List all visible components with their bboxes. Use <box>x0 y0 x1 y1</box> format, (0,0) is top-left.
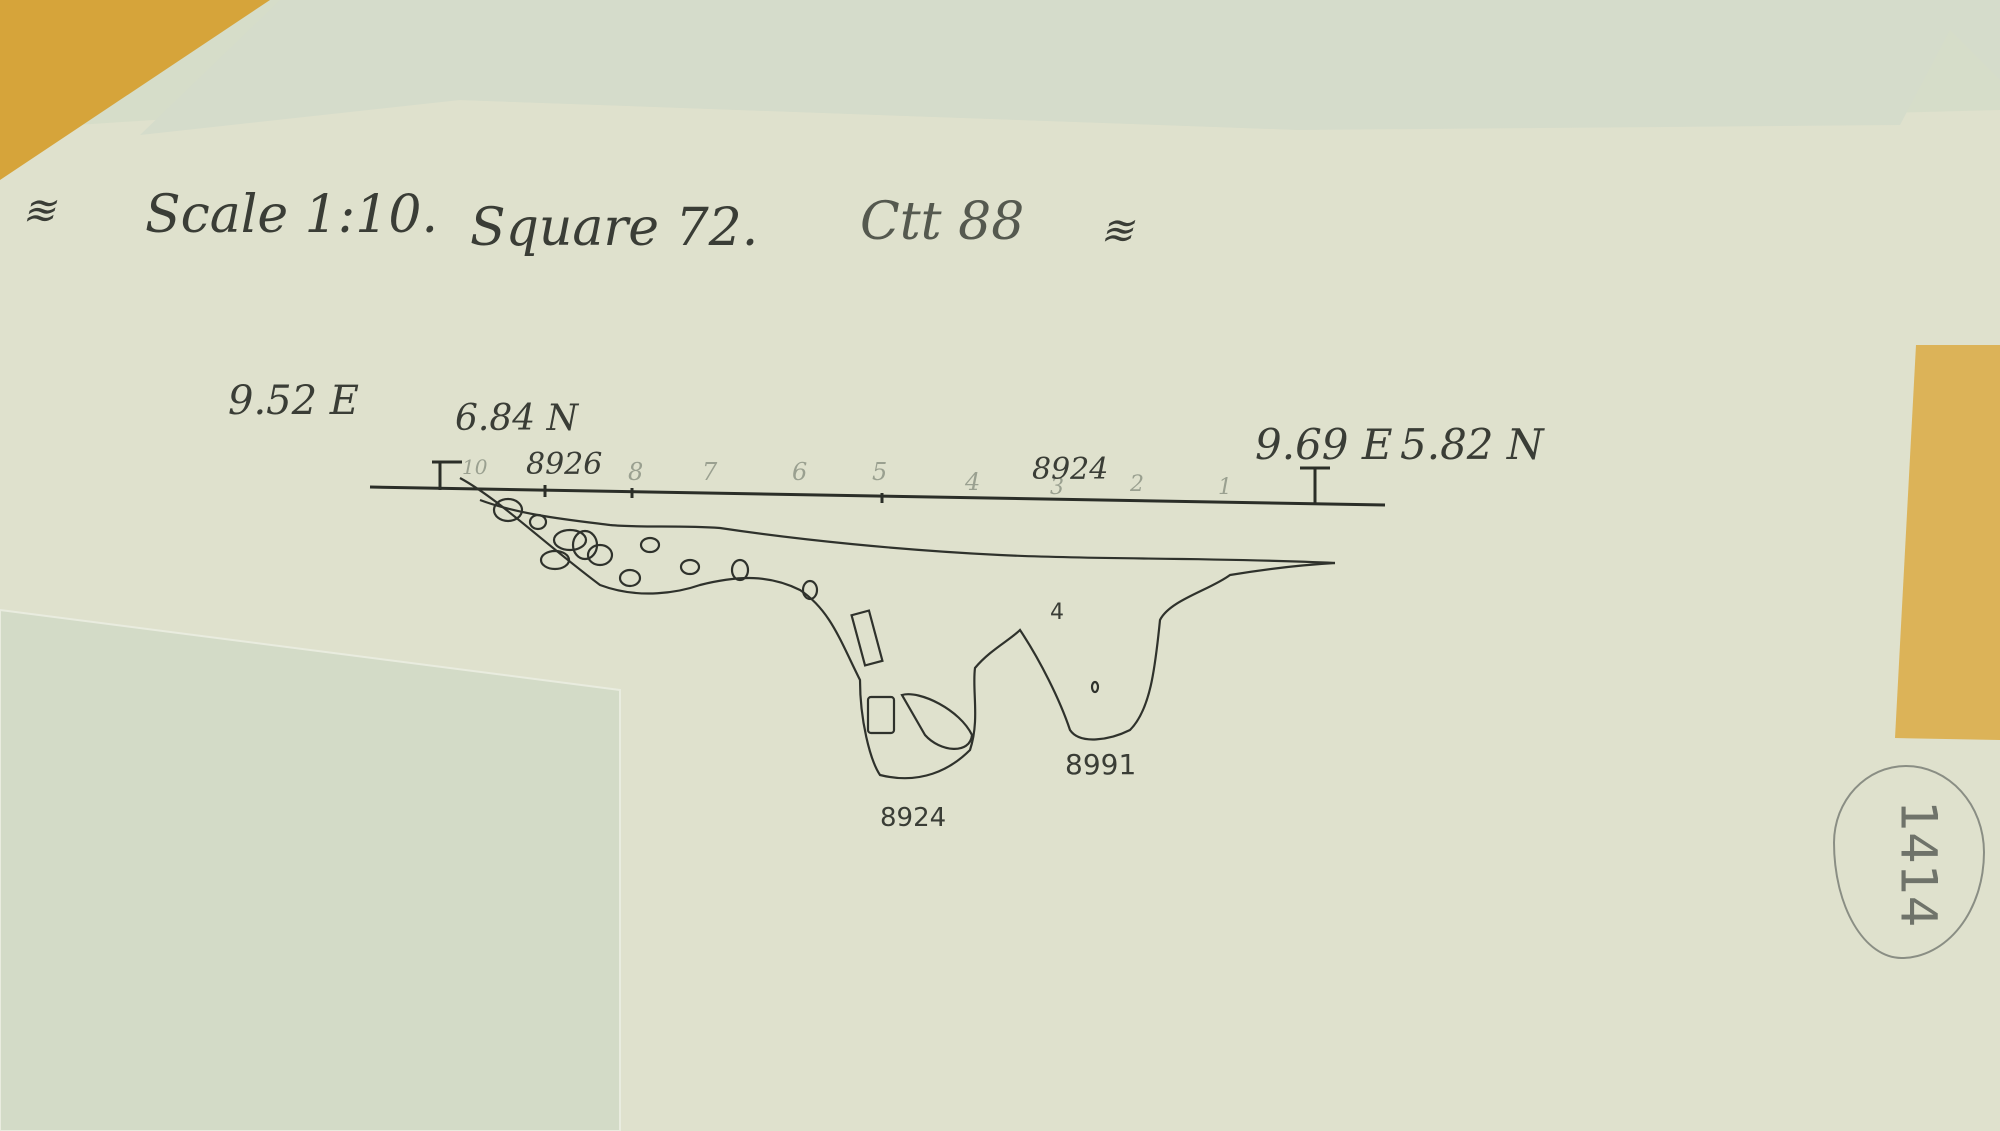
square-label: Square 72. <box>470 198 758 258</box>
layer-label-4: 4 <box>1050 600 1064 625</box>
start-east-coordinate: 9.52 E <box>228 378 359 424</box>
tick-label-2: 2 <box>1130 472 1144 497</box>
fill-label-8924-top: 8924 <box>1032 452 1108 487</box>
scale-label: Scale 1:10. <box>145 185 438 245</box>
left-wave-mark: ≋ <box>22 188 56 234</box>
tick-label-6: 6 <box>792 458 807 486</box>
end-north-coordinate: 5.82 N <box>1400 420 1544 469</box>
tick-label-8: 8 <box>628 458 643 486</box>
right-wave-mark: ≋ <box>1100 208 1134 254</box>
sheet-number: 1414 <box>1890 800 1948 927</box>
fill-label-8926: 8926 <box>526 447 602 482</box>
tick-label-7: 7 <box>702 458 717 486</box>
tick-label-4: 4 <box>965 468 980 496</box>
tick-label-5: 5 <box>872 458 887 486</box>
end-east-coordinate: 9.69 E <box>1255 420 1393 469</box>
tick-label-1: 1 <box>1218 475 1232 500</box>
cut-label-8991: 8991 <box>1065 748 1136 781</box>
start-north-coordinate: 6.84 N <box>455 398 578 439</box>
drawing-sheet <box>0 0 2000 1131</box>
cut-label-8924: 8924 <box>880 803 946 833</box>
overlay-sheet <box>0 610 620 1131</box>
tick-label-10: 10 <box>462 455 487 479</box>
context-label: Ctt 88 <box>860 192 1024 252</box>
